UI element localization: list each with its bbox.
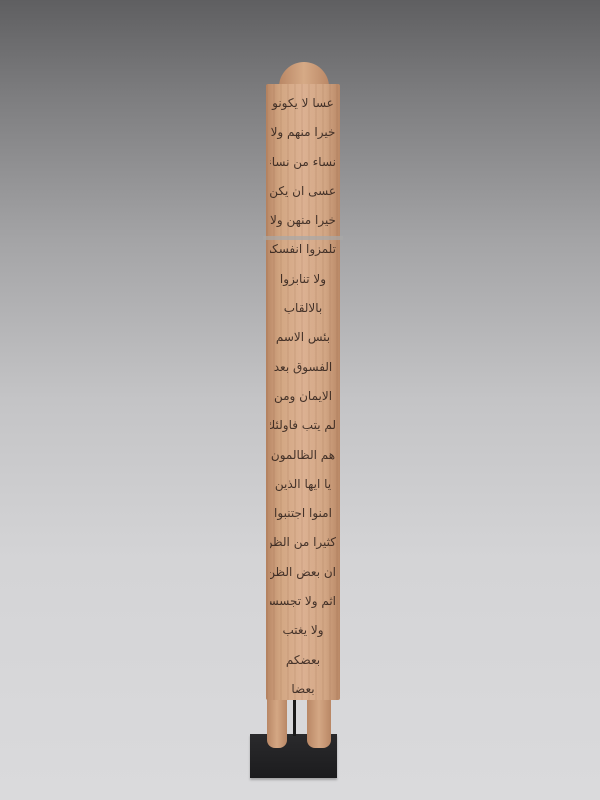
text-line: يا ايها الذين (270, 477, 336, 491)
text-line: خيرا منهن ولا (270, 213, 336, 227)
text-line: نساء من نساء (270, 155, 336, 169)
text-line: بعضا (270, 682, 336, 696)
text-line: لم يتب فاولئك (270, 418, 336, 432)
text-line: امنوا اجتنبوا (270, 506, 336, 520)
board-right-leg (307, 698, 331, 748)
arabic-text-lines: عسا لا يكونو خيرا منهم ولا نساء من نساء … (270, 96, 336, 696)
text-line: عسا لا يكونو (270, 96, 336, 110)
text-line: الايمان ومن (270, 389, 336, 403)
text-line: بعضكم (270, 653, 336, 667)
text-line: الفسوق بعد (270, 360, 336, 374)
text-line: كثيرا من الظن (270, 535, 336, 549)
text-line: خيرا منهم ولا (270, 125, 336, 139)
text-line: تلمزوا انفسكم (270, 242, 336, 256)
text-line: عسى ان يكن (270, 184, 336, 198)
text-line: اثم ولا تجسسوا (270, 594, 336, 608)
text-line: ان بعض الظن (270, 565, 336, 579)
text-line: هم الظالمون (270, 448, 336, 462)
board-left-leg (267, 698, 287, 748)
text-line: بئس الاسم (270, 330, 336, 344)
text-line: ولا يغتب (270, 623, 336, 637)
display-stand-rod (293, 700, 296, 736)
photo-scene: عسا لا يكونو خيرا منهم ولا نساء من نساء … (0, 0, 600, 800)
text-line: بالالقاب (270, 301, 336, 315)
text-line: ولا تنابزوا (270, 272, 336, 286)
